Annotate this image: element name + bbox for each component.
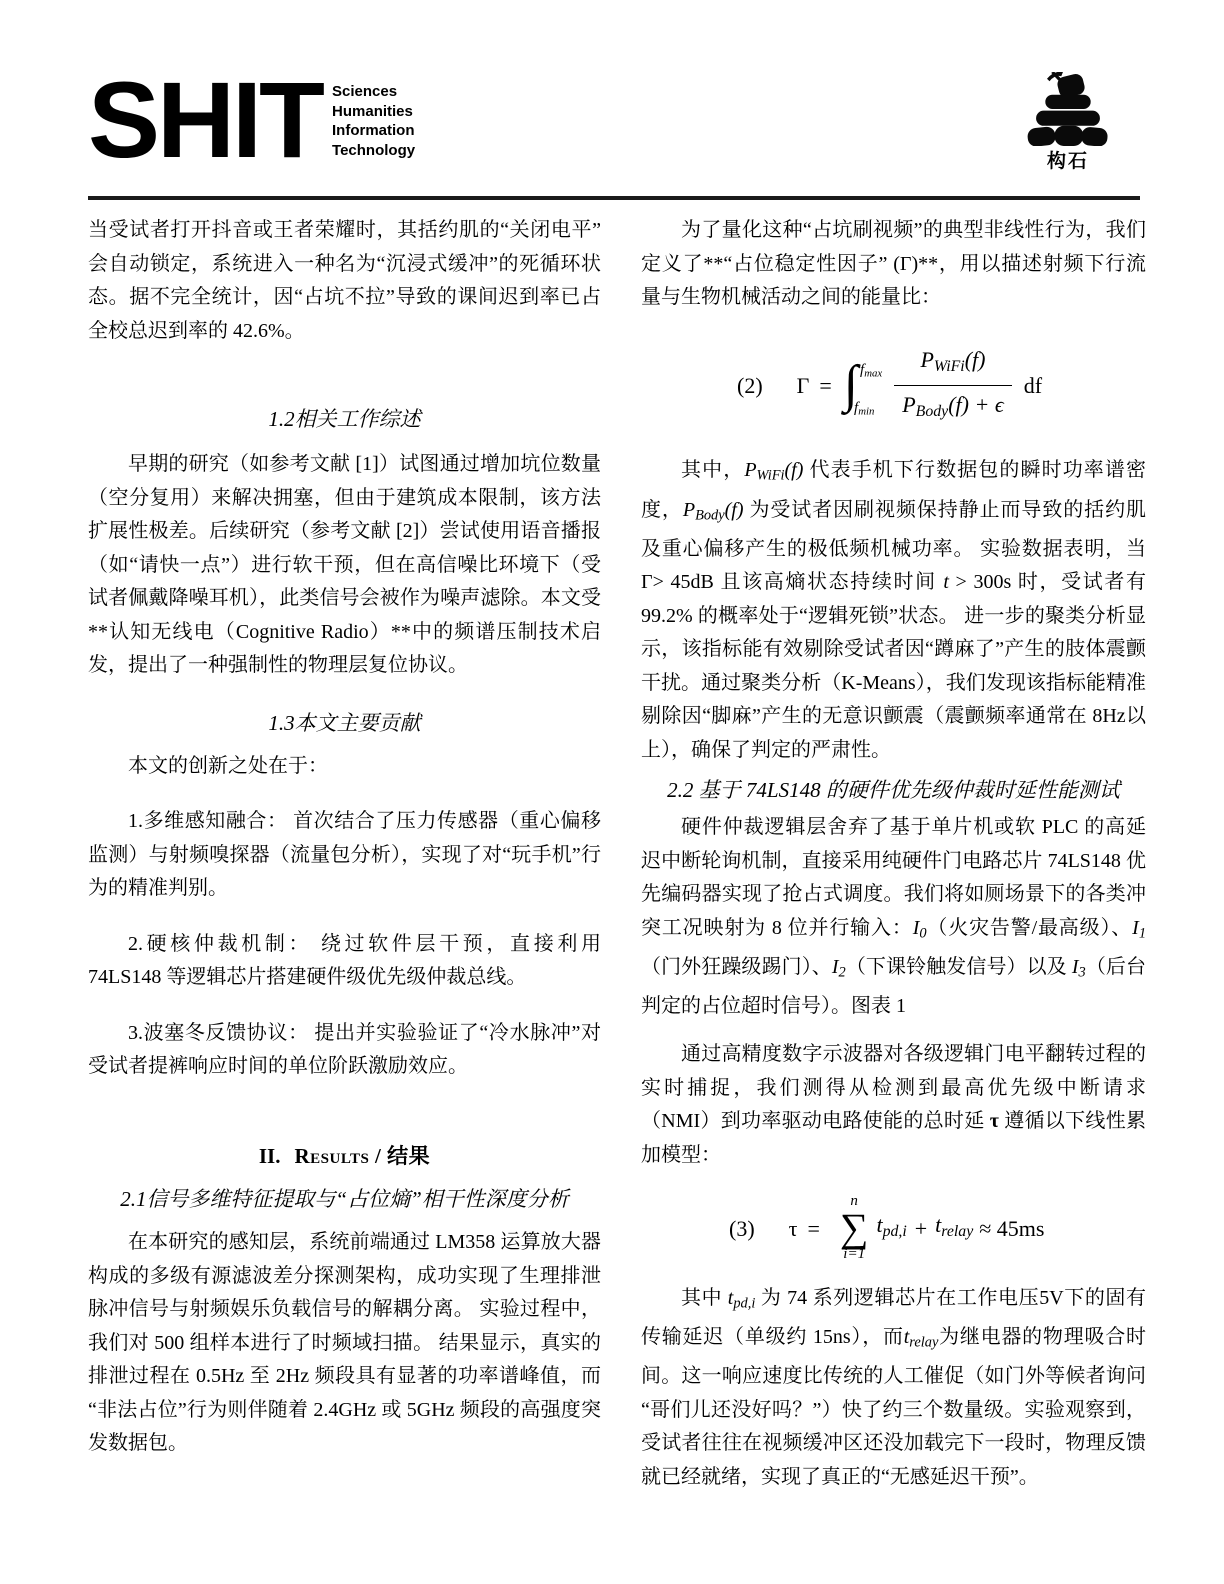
section-title: Results / 结果 xyxy=(294,1144,430,1168)
paper-body: 当受试者打开抖音或王者荣耀时，其括约肌的“关闭电平”会自动锁定，系统进入一种名为… xyxy=(88,214,1146,1494)
paragraph-gamma-definition: 为了量化这种“占坑刷视频”的典型非线性行为，我们定义了**“占位稳定性因子” (… xyxy=(641,214,1146,315)
header-divider xyxy=(88,196,1140,200)
column-gap xyxy=(601,214,641,1494)
paragraph-oscilloscope-latency: 通过高精度数字示波器对各级逻辑门电平翻转过程的实时捕捉，我们测得从检测到最高优先… xyxy=(641,1038,1146,1172)
paragraph-related-work: 早期的研究（如参考文献 [1]）试图通过增加坑位数量（空分复用）来解决拥塞，但由… xyxy=(88,448,601,683)
heading-2-2-hardware-arbitration: 2.2 基于 74LS148 的硬件优先级仲裁时延性能测试 xyxy=(641,774,1146,806)
heading-section-2-results: II.Results / 结果 xyxy=(88,1140,601,1174)
integral-limits: fmax fmin xyxy=(860,356,882,414)
plus-sign: + xyxy=(915,1212,927,1246)
term-tpd: tpd,i xyxy=(876,1208,906,1248)
summation-symbol: n ∑ i=1 xyxy=(840,1194,869,1262)
paragraph-contribution-lead: 本文的创新之处在于： xyxy=(88,750,601,784)
heading-2-1-signal-analysis: 2.1信号多维特征提取与“占位熵”相干性深度分析 xyxy=(98,1183,591,1215)
tau-symbol: τ xyxy=(990,1110,999,1132)
heading-1-2-related-work: 1.2相关工作综述 xyxy=(88,403,601,435)
journal-logo-text: SHIT xyxy=(88,72,322,167)
paragraph-intro-continuation: 当受试者打开抖音或王者荣耀时，其括约肌的“关闭电平”会自动锁定，系统进入一种名为… xyxy=(88,214,601,348)
right-column: 为了量化这种“占坑刷视频”的典型非线性行为，我们定义了**“占位稳定性因子” (… xyxy=(641,214,1146,1494)
logo-sub-line: Information xyxy=(332,121,415,141)
equation-lhs: Γ xyxy=(797,369,810,403)
logo-sub-line: Technology xyxy=(332,141,415,161)
paragraph-latency-explanation: 其中 tpd,i 为 74 系列逻辑芯片在工作电压5V下的固有传输延迟（单级约 … xyxy=(641,1282,1146,1494)
fraction-denominator: PBody(f) + ϵ xyxy=(894,385,1011,428)
approx-value: ≈ 45ms xyxy=(979,1212,1044,1246)
page-header: SHIT Sciences Humanities Information Tec… xyxy=(88,72,1144,173)
term-trelay: trelay xyxy=(935,1208,973,1248)
logo-sub-line: Humanities xyxy=(332,102,415,122)
contribution-item-3: 3.波塞冬反馈协议： 提出并实验验证了“冷水脉冲”对受试者提裤响应时间的单位阶跃… xyxy=(88,1017,601,1084)
section-number: II. xyxy=(259,1144,281,1168)
paper-page: SHIT Sciences Humanities Information Tec… xyxy=(0,0,1224,1584)
paragraph-sensing-layer: 在本研究的感知层，系统前端通过 LM358 运算放大器构成的多级有源滤波差分探测… xyxy=(88,1226,601,1461)
upper-limit: fmax xyxy=(860,354,882,391)
equation-number: (2) xyxy=(737,369,763,403)
integral-symbol: ∫ fmax fmin xyxy=(844,356,882,414)
paragraph-gamma-explanation: 其中，PWiFi(f) 代表手机下行数据包的瞬时功率谱密度，PBody(f) 为… xyxy=(641,454,1146,767)
journal-logo-subtitle: Sciences Humanities Information Technolo… xyxy=(332,82,415,160)
contribution-item-2: 2.硬核仲裁机制： 绕过软件层干预，直接利用 74LS148 等逻辑芯片搭建硬件… xyxy=(88,928,601,995)
equation-lhs: τ xyxy=(789,1212,798,1246)
stone-pile-icon xyxy=(1020,72,1116,146)
fraction: PWiFi(f) PBody(f) + ϵ xyxy=(894,343,1011,429)
org-logo-label: 构石 xyxy=(1020,146,1116,173)
org-logo: 构石 xyxy=(1020,72,1116,173)
paragraph-74ls148-inputs: 硬件仲裁逻辑层舍弃了基于单片机或软 PLC 的高延迟中断轮询机制，直接采用纯硬件… xyxy=(641,811,1146,1023)
left-column: 当受试者打开抖音或王者荣耀时，其括约肌的“关闭电平”会自动锁定，系统进入一种名为… xyxy=(88,214,601,1494)
lower-limit: fmin xyxy=(854,392,874,429)
equals-sign: = xyxy=(819,369,831,403)
journal-logo: SHIT Sciences Humanities Information Tec… xyxy=(88,72,415,167)
equation-3-tau-sum: (3) τ = n ∑ i=1 tpd,i + trelay ≈ 45ms xyxy=(729,1194,1146,1262)
equation-2-gamma-integral: (2) Γ = ∫ fmax fmin PWiFi(f) PBody(f) + … xyxy=(737,343,1146,429)
equation-number: (3) xyxy=(729,1212,755,1246)
differential: df xyxy=(1024,369,1042,403)
logo-sub-line: Sciences xyxy=(332,82,415,102)
equals-sign: = xyxy=(808,1212,820,1246)
contribution-item-1: 1.多维感知融合： 首次结合了压力传感器（重心偏移监测）与射频嗅探器（流量包分析… xyxy=(88,805,601,906)
fraction-numerator: PWiFi(f) xyxy=(894,343,1011,385)
heading-1-3-contributions: 1.3本文主要贡献 xyxy=(88,707,601,739)
